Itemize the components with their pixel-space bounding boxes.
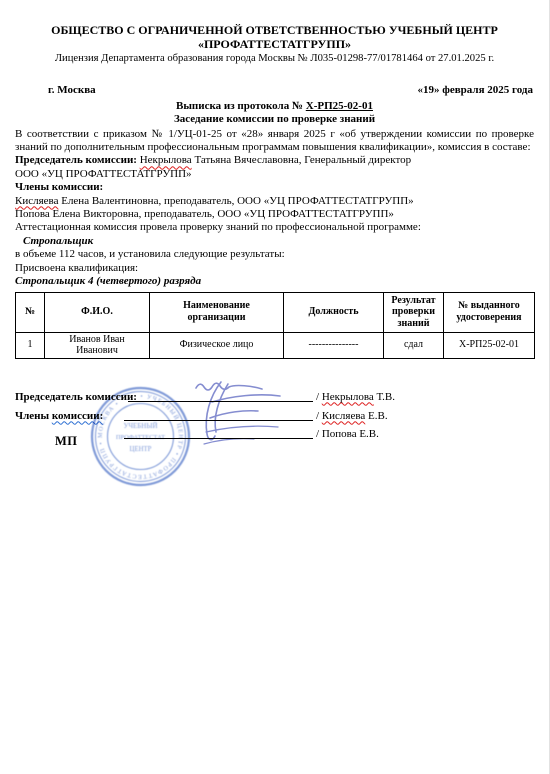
results-table-header: № Ф.И.О. Наименование организации Должно… bbox=[16, 292, 535, 332]
sig-line-member1 bbox=[124, 409, 313, 421]
program-name-line: Стропальщик bbox=[15, 235, 534, 248]
qualification-label-line: Присвоена квалификация: bbox=[15, 262, 534, 275]
col-header-fio: Ф.И.О. bbox=[45, 292, 150, 332]
cell-number: 1 bbox=[16, 332, 45, 358]
document-page: ОБЩЕСТВО С ОГРАНИЧЕННОЙ ОТВЕТСТВЕННОСТЬЮ… bbox=[0, 0, 550, 774]
program-intro-line: Аттестационная комиссия провела проверку… bbox=[15, 221, 534, 234]
cell-fio: Иванов Иван Иванович bbox=[45, 332, 150, 358]
license-line: Лицензия Департамента образования города… bbox=[0, 52, 549, 65]
volume-line: в объеме 112 часов, и установила следующ… bbox=[15, 248, 534, 261]
member1-surname: Кисляева bbox=[15, 195, 58, 207]
doc-title: Выписка из протокола № Х-РП25-02-01 bbox=[0, 100, 549, 113]
results-table: № Ф.И.О. Наименование организации Должно… bbox=[15, 292, 535, 359]
sig-member2-name: / Попова Е.В. bbox=[316, 428, 379, 441]
doc-title-prefix: Выписка из протокола № bbox=[176, 100, 306, 112]
col-header-position: Должность bbox=[284, 292, 384, 332]
cell-result: сдал bbox=[384, 332, 444, 358]
member2-line: Попова Елена Викторовна, преподаватель, … bbox=[15, 208, 534, 221]
sig-members-word1: Члены bbox=[15, 410, 52, 422]
col-header-certificate: № выданного удостоверения bbox=[444, 292, 535, 332]
city-label: г. Москва bbox=[48, 84, 96, 97]
protocol-number: Х-РП25-02-01 bbox=[306, 100, 373, 112]
qualification-line: Стропальщик 4 (четвертого) разряда bbox=[15, 275, 534, 288]
org-title-line1: ОБЩЕСТВО С ОГРАНИЧЕННОЙ ОТВЕТСТВЕННОСТЬЮ… bbox=[0, 23, 549, 37]
seal-place-label: МП bbox=[55, 435, 78, 448]
sig-members-label: Члены комиссии: bbox=[15, 410, 103, 423]
chairman-org-line: ООО «УЦ ПРОФАТТЕСТАТГРУПП» bbox=[15, 168, 534, 181]
chairman-rest: Татьяна Вячеславовна, Генеральный директ… bbox=[192, 154, 411, 166]
sig-member1-surname: Кисляева bbox=[322, 410, 365, 422]
sig-line-chairman bbox=[128, 390, 313, 402]
sig-chairman-initials: Т.В. bbox=[374, 391, 395, 403]
sig-member1-name: / Кисляева Е.В. bbox=[316, 410, 388, 423]
sig-members-word2: комиссии: bbox=[52, 410, 103, 422]
sig-chairman-surname: Некрылова bbox=[322, 391, 374, 403]
intro-paragraph: В соответствии с приказом № 1/УЦ-01-25 о… bbox=[15, 128, 534, 155]
signature-block: Председатель комиссии: / Некрылова Т.В. … bbox=[0, 389, 549, 499]
sig-chairman-label: Председатель комиссии: bbox=[15, 391, 137, 404]
col-header-organization: Наименование организации bbox=[150, 292, 284, 332]
document-body: В соответствии с приказом № 1/УЦ-01-25 о… bbox=[0, 128, 549, 289]
member1-line: Кисляева Елена Валентиновна, преподавате… bbox=[15, 195, 534, 208]
table-row: 1 Иванов Иван Иванович Физическое лицо -… bbox=[16, 332, 535, 358]
sig-member1-initials: Е.В. bbox=[365, 410, 387, 422]
org-title-line2: «ПРОФАТТЕСТАТГРУПП» bbox=[0, 37, 549, 51]
sig-line-member2 bbox=[124, 427, 313, 439]
chairman-label: Председатель комиссии: bbox=[15, 154, 137, 166]
sig-chairman-name: / Некрылова Т.В. bbox=[316, 391, 395, 404]
cell-certificate: Х-РП25-02-01 bbox=[444, 332, 535, 358]
chairman-surname: Некрылова bbox=[140, 154, 192, 166]
chairman-line: Председатель комиссии: Некрылова Татьяна… bbox=[15, 154, 534, 167]
cell-position: --------------- bbox=[284, 332, 384, 358]
members-label-line: Члены комиссии: bbox=[15, 181, 534, 194]
sig-member2-fullname: Попова Е.В. bbox=[322, 428, 379, 440]
document-header: ОБЩЕСТВО С ОГРАНИЧЕННОЙ ОТВЕТСТВЕННОСТЬЮ… bbox=[0, 0, 549, 65]
cell-organization: Физическое лицо bbox=[150, 332, 284, 358]
col-header-number: № bbox=[16, 292, 45, 332]
city-date-row: г. Москва «19» февраля 2025 года bbox=[0, 84, 549, 97]
date-label: «19» февраля 2025 года bbox=[418, 84, 534, 97]
col-header-result: Результат проверки знаний bbox=[384, 292, 444, 332]
doc-subtitle: Заседание комиссии по проверке знаний bbox=[0, 113, 549, 126]
member1-rest: Елена Валентиновна, преподаватель, ООО «… bbox=[58, 195, 413, 207]
